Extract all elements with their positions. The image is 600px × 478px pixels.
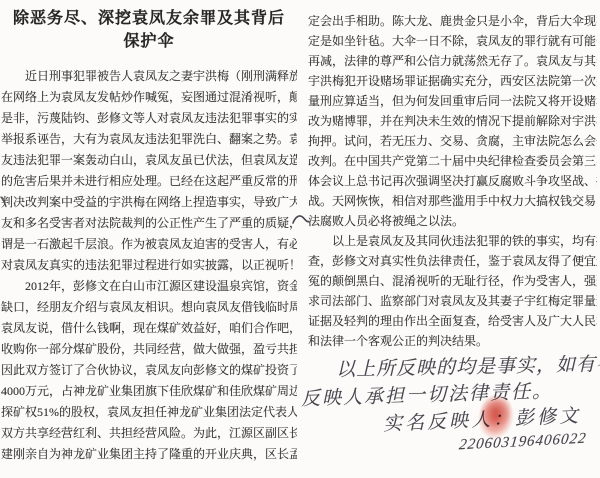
text-line: 战。天网恢恢，相信对那些滥用手中权力大搞权钱交易的违 [308, 191, 597, 211]
text-line: 改判。在中国共产党第二十届中央纪律检查委员会第三次全 [308, 151, 597, 171]
text-line: 拘押。试问，若无压力、交易、贪腐，主审法院怎么会牵强 [308, 131, 597, 151]
text-line: 缺口，经朋友介绍与袁凤友相识。想向袁凤友借钱临时周转， [1, 297, 297, 318]
letter-title: 除恶务尽、深挖袁凤友余罪及其背后 保护伞 [1, 7, 297, 53]
handwritten-statement-line-1: 以上所反映的均是事实，如有不实之处， [336, 347, 600, 382]
text-line: 证据及轻判的理由作出全面复查，给受害人及广大人民群众 [308, 311, 597, 331]
text-line: 和法律一个客观公正的判决结果。 [308, 331, 597, 351]
text-line: 宇洪梅犯开设赌场罪证据确实充分，西安区法院第一次判决 [308, 71, 597, 91]
text-line: 对袁凤友真实的违法犯罪过程进行如实披露，以正视听！ [1, 255, 297, 276]
letter-title-line-2: 保护伞 [1, 30, 297, 53]
text-line: 的危害后果并未进行相应处理。已经在这起严重反常的刑事 [1, 171, 297, 192]
page-2-body: 定会出手相助。陈大龙、鹿贵金只是小伞，背后大伞现在一 定是如坐针毡。大伞一日不除… [308, 11, 597, 351]
text-line: 查，彭修文对真实性负法律责任，鉴于袁凤友得了便宜还喊 [308, 251, 597, 271]
text-line: 友和多名受害者对法院裁判的公正性产生了严重的质疑，可 [1, 213, 297, 234]
text-line: 2012年，彭修文在白山市江源区建设温泉宾馆，资金有 [1, 276, 297, 297]
text-line: 双方共享经营红利、共担经营风险。为此，江源区副区长郭 [1, 423, 297, 444]
text-line: 再减，法律的尊严和公信力就荡然无存了。袁凤友与其妻子 [308, 51, 597, 71]
text-line: 量刑应算适当，但为何发回重审后同一法院又将开设赌场罪 [308, 91, 597, 111]
text-line: 收购你一部分煤矿股份，共同经营，做大做强，盈亏共担。 [1, 339, 297, 360]
letter-page-2: 定会出手相助。陈大龙、鹿贵金只是小伞，背后大伞现在一 定是如坐针毡。大伞一日不除… [308, 11, 597, 351]
text-line: 在网络上为袁凤友发帖炒作喊冤，妄图通过混淆视听，颠倒 [1, 87, 297, 108]
text-line: 定是如坐针毡。大伞一日不除，袁凤友的罪行就有可能一减 [308, 31, 597, 51]
text-line: 袁凤友说，借什么钱啊，现在煤矿效益好，咱们合作吧，我 [1, 318, 297, 339]
text-line: 建刚亲自为神龙矿业集团主持了隆重的开业庆典，区长孟昭 [1, 444, 297, 465]
text-line: 求司法部门、监察部门对袁凤友及其妻子宇红梅定罪量刑的 [308, 291, 597, 311]
text-line: 是非，污蔑陆钧、彭修文等人对袁凤友违法犯罪事实的实名 [1, 108, 297, 129]
letter-page-1: 除恶务尽、深挖袁凤友余罪及其背后 保护伞 近日刑事犯罪被告人袁凤友之妻宇洪梅（刚… [1, 7, 297, 465]
text-line: 以上是袁凤友及其同伙违法犯罪的铁的事实，均有据可 [308, 231, 597, 251]
text-line: 体会议上总书记再次强调坚决打赢反腐败斗争攻坚战、持久 [308, 171, 597, 191]
text-line: 冤的颠倒黑白、混淆视听的无耻行径，作为受害人，强烈要 [308, 271, 597, 291]
handwritten-id-number: 220603196406022 [458, 431, 587, 455]
text-line: 探矿权51%的股权，袁凤友担任神龙矿业集团法定代表人， [1, 402, 297, 423]
text-line: 定会出手相助。陈大龙、鹿贵金只是小伞，背后大伞现在一 [308, 11, 597, 31]
pen-swoosh-mark [292, 213, 310, 227]
text-line: 举报系诬告，大有为袁凤友违法犯罪洗白、翻案之势。袁凤 [1, 129, 297, 150]
text-line: 谓是一石激起千层浪。作为被袁凤友迫害的受害人，有必要 [1, 234, 297, 255]
text-line: 友违法犯罪一案轰动白山，袁凤友虽已伏法，但袁凤友造成 [1, 150, 297, 171]
text-line: 判决改判案中受益的宇洪梅在网络上捏造事实，导致广大网 [1, 192, 297, 213]
letter-title-line-1: 除恶务尽、深挖袁凤友余罪及其背后 [1, 7, 297, 30]
text-line: 改为赌博罪，并在判决未生效的情况下提前解除对宇洪梅的 [308, 111, 597, 131]
text-line: 4000万元，占神龙矿业集团旗下佳欣煤矿和佳欣煤矿周边的 [1, 381, 297, 402]
text-line: 法腐败人员必将被绳之以法。 [308, 211, 597, 231]
text-line: 因此双方签订了合伙协议，袁凤友向彭修文的煤矿投资了 [1, 360, 297, 381]
text-line: 近日刑事犯罪被告人袁凤友之妻宇洪梅（刚刑满释放） [1, 66, 297, 87]
margin-pen-mark [0, 196, 8, 208]
scanned-letter: 除恶务尽、深挖袁凤友余罪及其背后 保护伞 近日刑事犯罪被告人袁凤友之妻宇洪梅（刚… [0, 0, 600, 478]
page-1-body: 近日刑事犯罪被告人袁凤友之妻宇洪梅（刚刑满释放） 在网络上为袁凤友发帖炒作喊冤，… [1, 66, 297, 465]
